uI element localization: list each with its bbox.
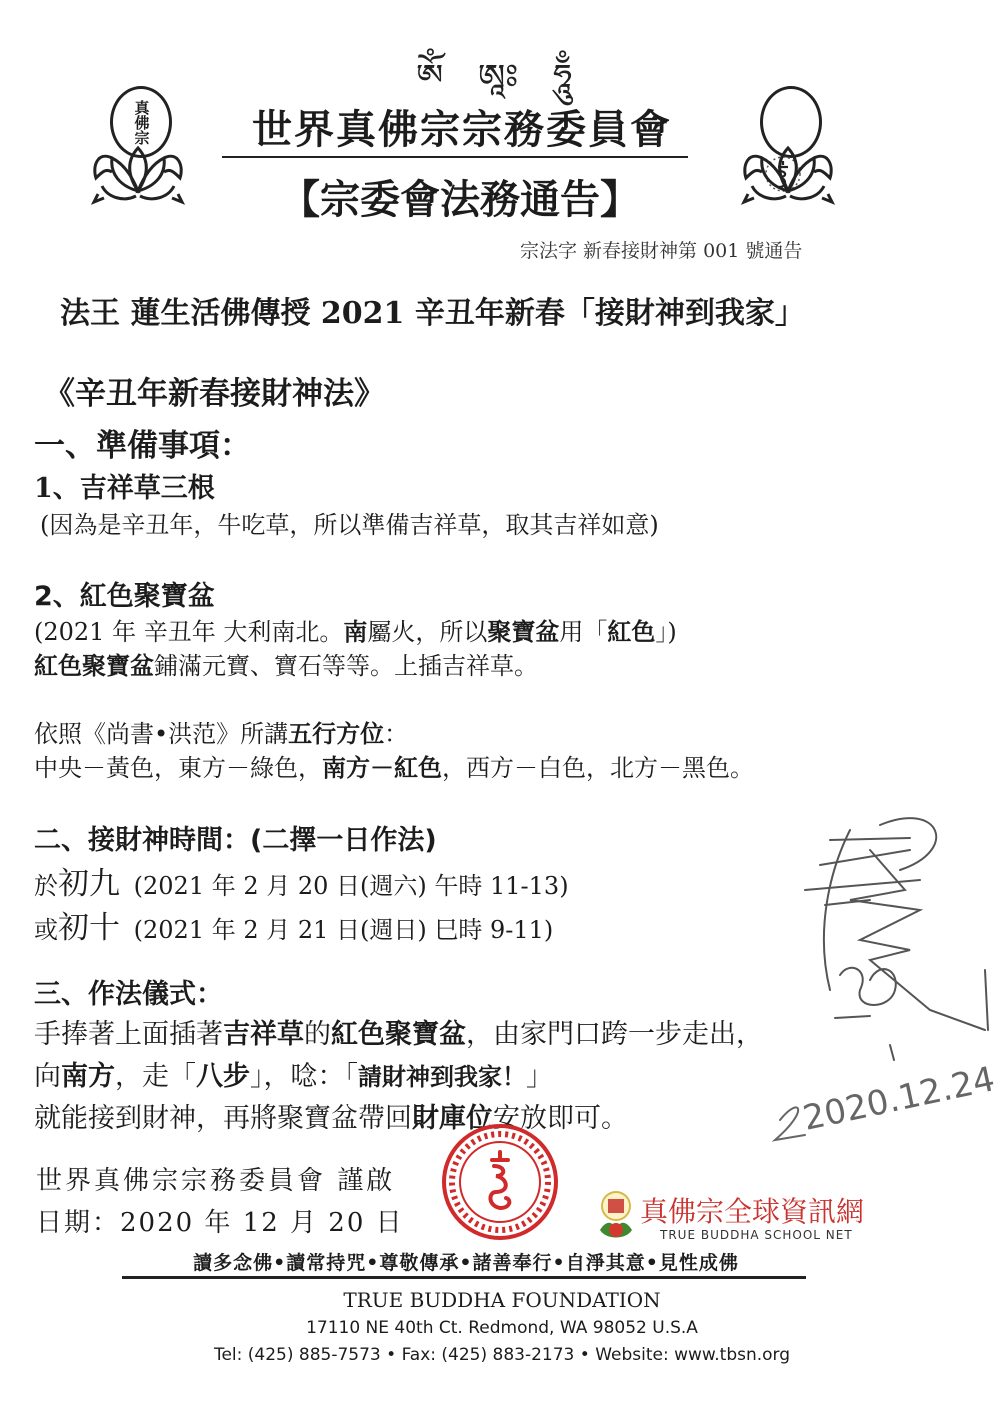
text-run: 屬火，所以: [367, 618, 487, 646]
tbsn-chinese-name: 真佛宗全球資訊網: [640, 1190, 864, 1230]
foundation-contact: Tel: (425) 885-7573 • Fax: (425) 883-217…: [0, 1345, 1004, 1365]
text-run-bold: 吉祥草: [223, 1019, 304, 1050]
tbsn-logo-icon: [596, 1190, 636, 1246]
five-elements-intro: 依照《尚書•洪范》所講五行方位：: [34, 714, 408, 749]
text-run: 」: [526, 1061, 553, 1092]
text-run: 的: [304, 1019, 331, 1050]
reference-number: 宗法字 新春接財神第 001 號通告: [520, 236, 802, 263]
item-2-line-2: 紅色聚寶盆鋪滿元寶、寶石等等。上插吉祥草。: [34, 646, 538, 681]
handwritten-date: 2020.12.24: [800, 1059, 999, 1139]
section-1-heading: 一、準備事項：: [34, 420, 251, 465]
text-run: ，西方－白色，北方－黑色。: [442, 754, 754, 782]
text-run: (2021 年 辛丑年 大利南北。: [34, 618, 343, 646]
chant-text: 請財神到我家！: [358, 1062, 526, 1091]
ritual-line-1: 手捧著上面插著吉祥草的紅色聚寶盆，由家門口跨一步走出，: [34, 1012, 763, 1051]
date-option-2: 或初十 (2021 年 2 月 21 日(週日) 巳時 9-11): [34, 902, 553, 947]
seal-icon: [440, 1122, 560, 1242]
item-2-label: 2、紅色聚寶盆: [34, 574, 215, 613]
section-2-heading: 二、接財神時間：(二擇一日作法): [34, 818, 437, 857]
ritual-line-2: 向南方，走「八步」，唸：「請財神到我家！」: [34, 1054, 553, 1093]
text-run-bold: 南方－紅色: [322, 753, 442, 782]
signature-icon: 2020.12.24: [760, 810, 1000, 1160]
foundation-name: TRUE BUDDHA FOUNDATION: [0, 1288, 1004, 1312]
ritual-subtitle: 《辛丑年新春接財神法》: [44, 368, 385, 413]
text-run: 中央－黃色，東方－綠色，: [34, 754, 322, 782]
section-3-heading: 三、作法儀式：: [34, 972, 223, 1011]
date-option-1: 於初九 (2021 年 2 月 20 日(週六) 午時 11-13): [34, 858, 569, 903]
title-divider: [222, 156, 688, 158]
text-run: 」): [655, 618, 676, 646]
item-1-label: 1、吉祥草三根: [34, 466, 215, 505]
date-detail: (2021 年 2 月 20 日(週六) 午時 11-13): [134, 872, 569, 900]
item-1-note: (因為是辛丑年，牛吃草，所以準備吉祥草，取其吉祥如意): [40, 505, 659, 540]
five-elements-directions: 中央－黃色，東方－綠色，南方－紅色，西方－白色，北方－黑色。: [34, 748, 754, 783]
text-run: 於: [34, 872, 58, 900]
text-run-bold: 紅色聚寶盆: [34, 651, 154, 680]
text-run: 就能接到財神，再將聚寶盆帶回: [34, 1103, 412, 1134]
text-run: 依照《尚書•洪范》所講: [34, 720, 288, 748]
main-title: 法王 蓮生活佛傳授 2021 辛丑年新春「接財神到我家」: [60, 288, 805, 332]
item-1-label-text: 1、吉祥草三根: [34, 473, 215, 504]
foundation-address: 17110 NE 40th Ct. Redmond, WA 98052 U.S.…: [0, 1318, 1004, 1338]
handwritten-signature: 2020.12.24: [760, 810, 1000, 1160]
text-run: ：: [384, 720, 408, 748]
text-run: 或: [34, 916, 58, 944]
lunar-day: 初九: [58, 866, 120, 902]
true-buddha-foundation-seal: [440, 1122, 560, 1242]
text-run: ，由家門口跨一步走出，: [466, 1019, 763, 1050]
closing-date: 日期：2020 年 12 月 20 日: [36, 1202, 404, 1239]
text-run: 用「: [559, 618, 607, 646]
text-run-bold: 八步: [196, 1061, 250, 1092]
footer-divider: [122, 1276, 806, 1279]
text-run: 手捧著上面插著: [34, 1019, 223, 1050]
text-run-bold: 紅色: [607, 617, 655, 646]
right-lotus-emblem: [738, 76, 838, 206]
text-run-bold: 五行方位: [288, 719, 384, 748]
lotus-icon: [738, 136, 838, 206]
text-run-bold: 南: [343, 617, 367, 646]
lotus-icon: [88, 136, 188, 206]
text-run: 」，唸：「: [250, 1061, 358, 1092]
footer-motto: 讀多念佛•讀常持咒•尊敬傳承•諸善奉行•自淨其意•見性成佛: [126, 1248, 806, 1275]
text-run: 鋪滿元寶、寶石等等。上插吉祥草。: [154, 652, 538, 680]
notice-type: 【宗委會法務通告】: [260, 168, 660, 225]
tbsn-english-name: TRUE BUDDHA SCHOOL NET: [660, 1228, 853, 1242]
text-run: 向: [34, 1061, 61, 1092]
item-2-line-1: (2021 年 辛丑年 大利南北。南屬火，所以聚寶盆用「紅色」): [34, 612, 677, 647]
date-detail: (2021 年 2 月 21 日(週日) 巳時 9-11): [134, 916, 554, 944]
text-run-bold: 聚寶盆: [487, 617, 559, 646]
organization-title: 世界真佛宗宗務委員會: [232, 98, 692, 155]
closing-signoff: 世界真佛宗宗務委員會 謹啟: [36, 1160, 395, 1197]
text-run-bold: 紅色聚寶盆: [331, 1019, 466, 1050]
text-run-bold: 南方: [61, 1061, 115, 1092]
lunar-day: 初十: [58, 910, 120, 946]
left-lotus-emblem: 真佛宗: [88, 76, 188, 206]
text-run: ，走「: [115, 1061, 196, 1092]
